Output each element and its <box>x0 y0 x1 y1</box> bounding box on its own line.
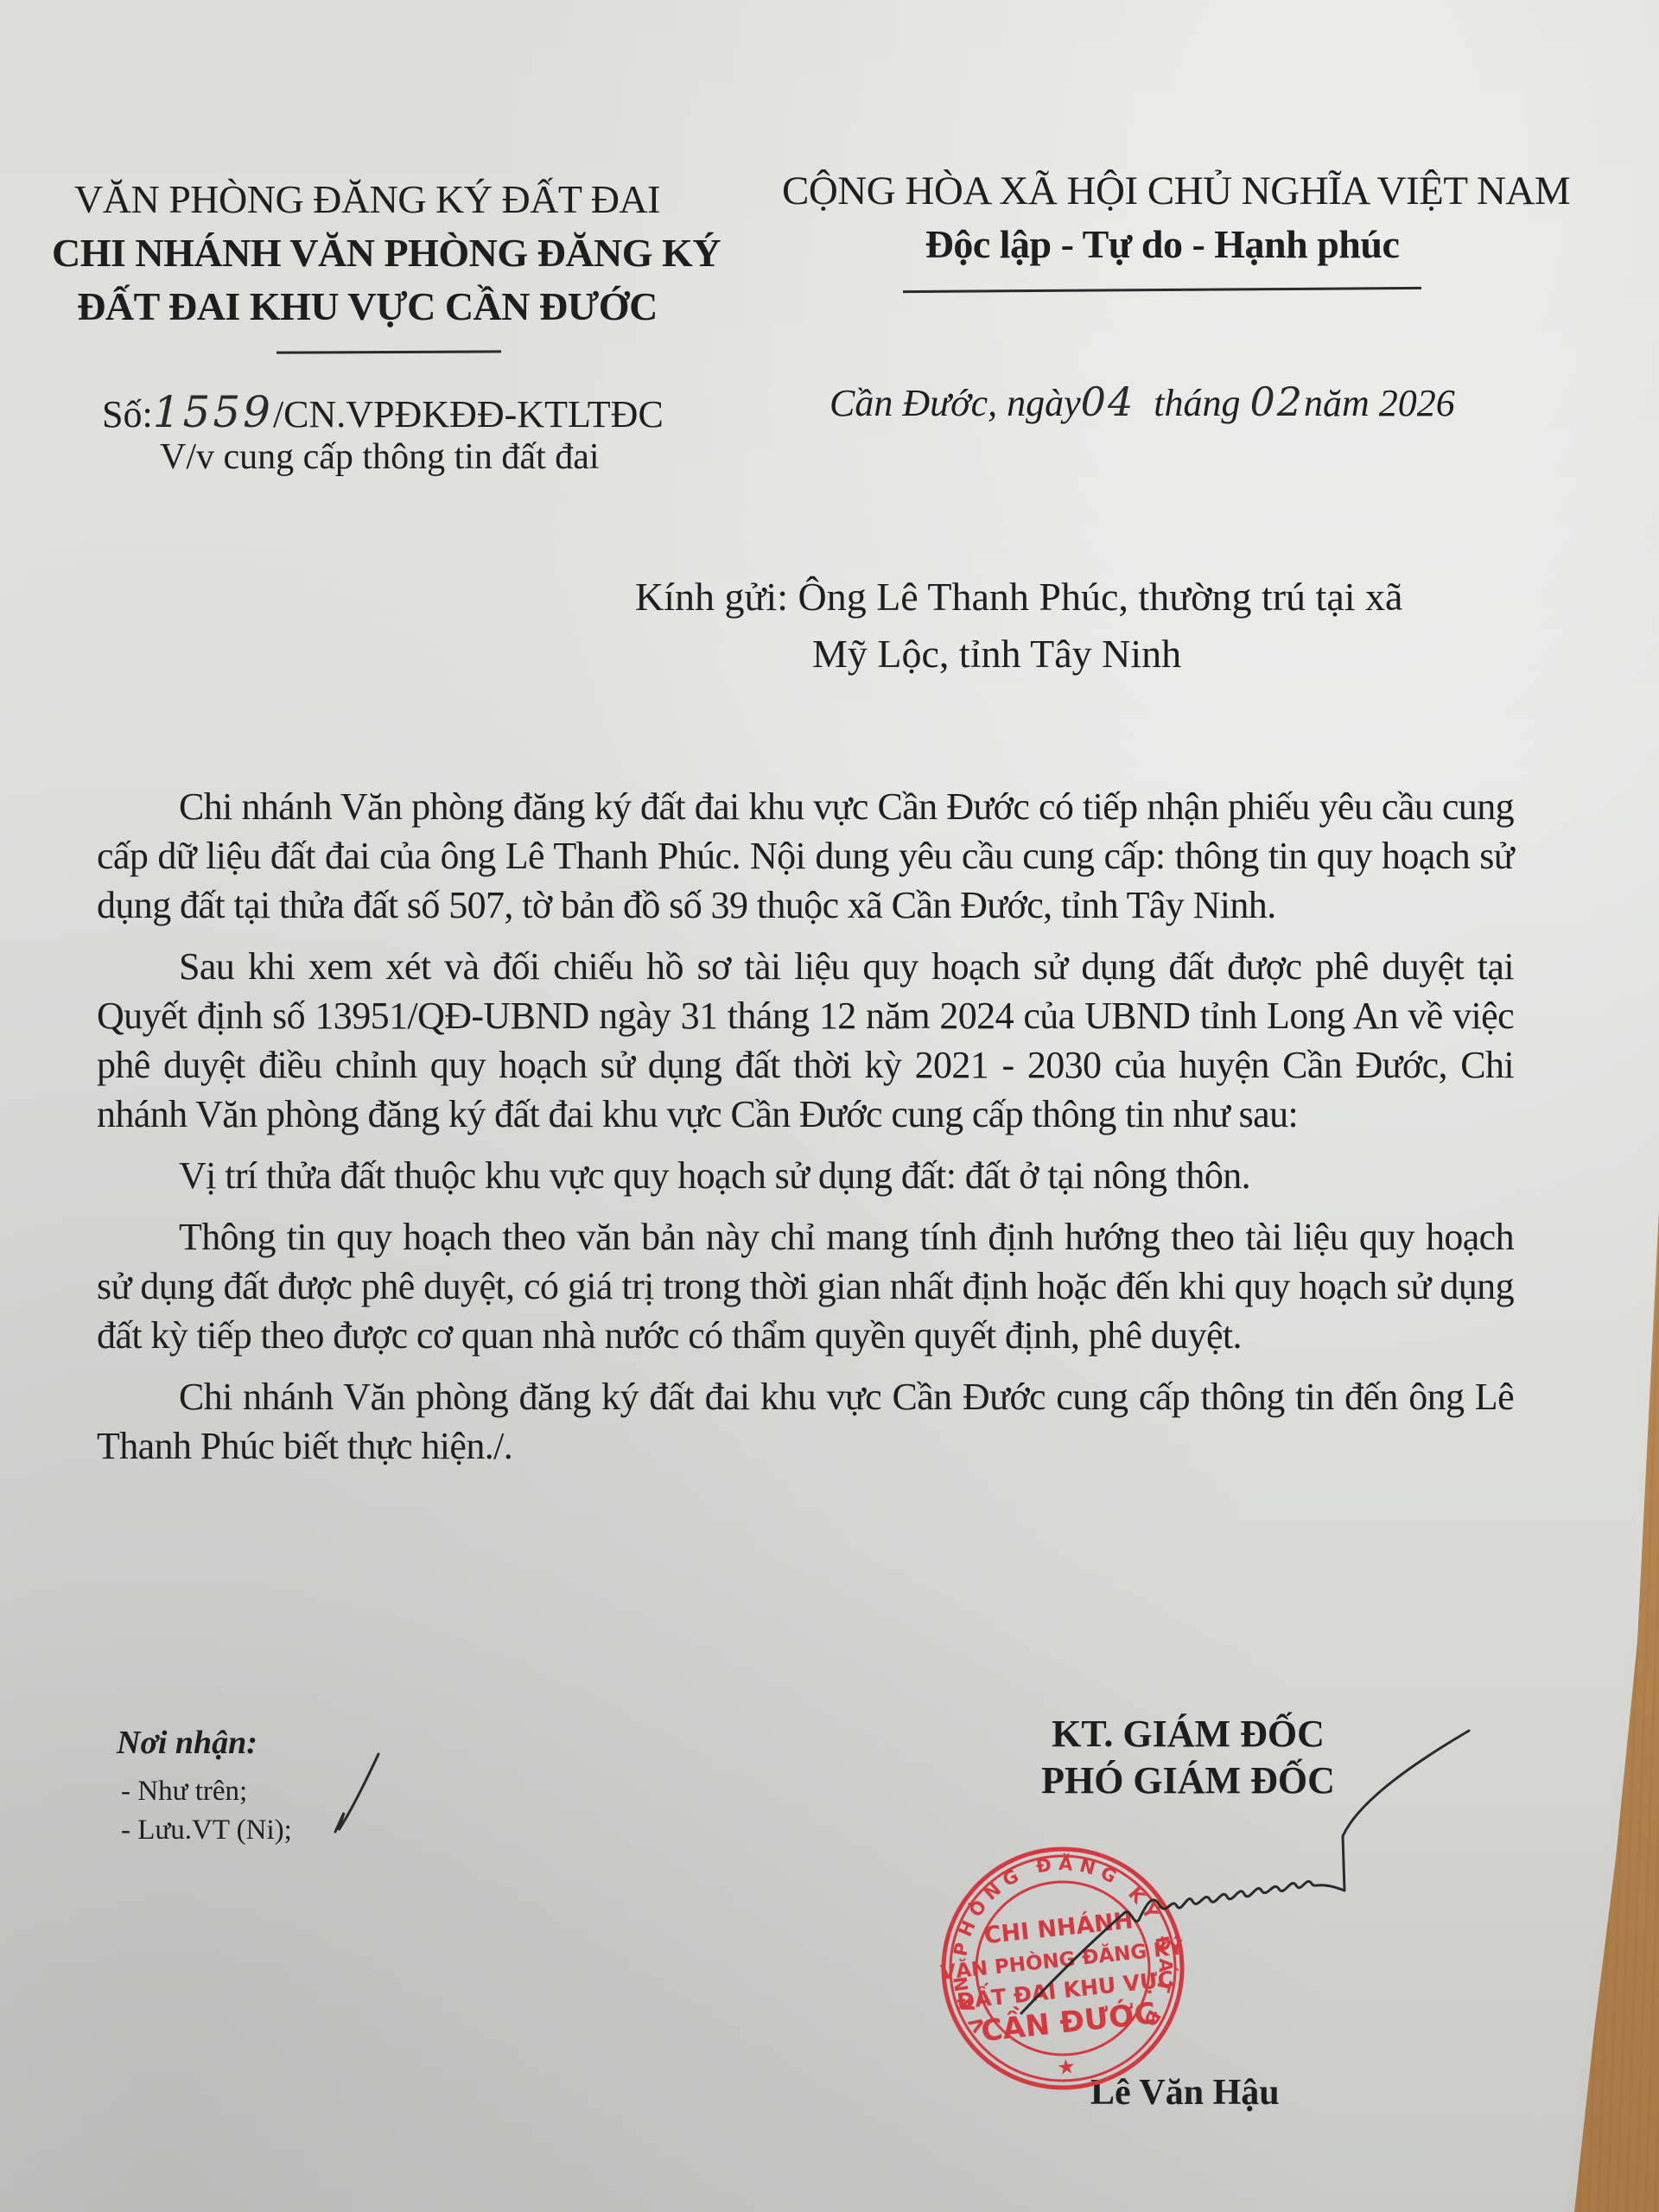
svg-text:CHI NHÁNH: CHI NHÁNH <box>982 1906 1135 1949</box>
initials-mark <box>335 1754 378 1832</box>
stamp-and-signature-layer: VĂN PHÒNG ĐĂNG KÝ ĐẤT ĐAI TỈNH TÂY NINH … <box>0 0 1659 2212</box>
seal-star: ★ <box>1056 2054 1077 2080</box>
official-seal-icon: VĂN PHÒNG ĐĂNG KÝ ĐẤT ĐAI TỈNH TÂY NINH … <box>929 1837 1197 2100</box>
